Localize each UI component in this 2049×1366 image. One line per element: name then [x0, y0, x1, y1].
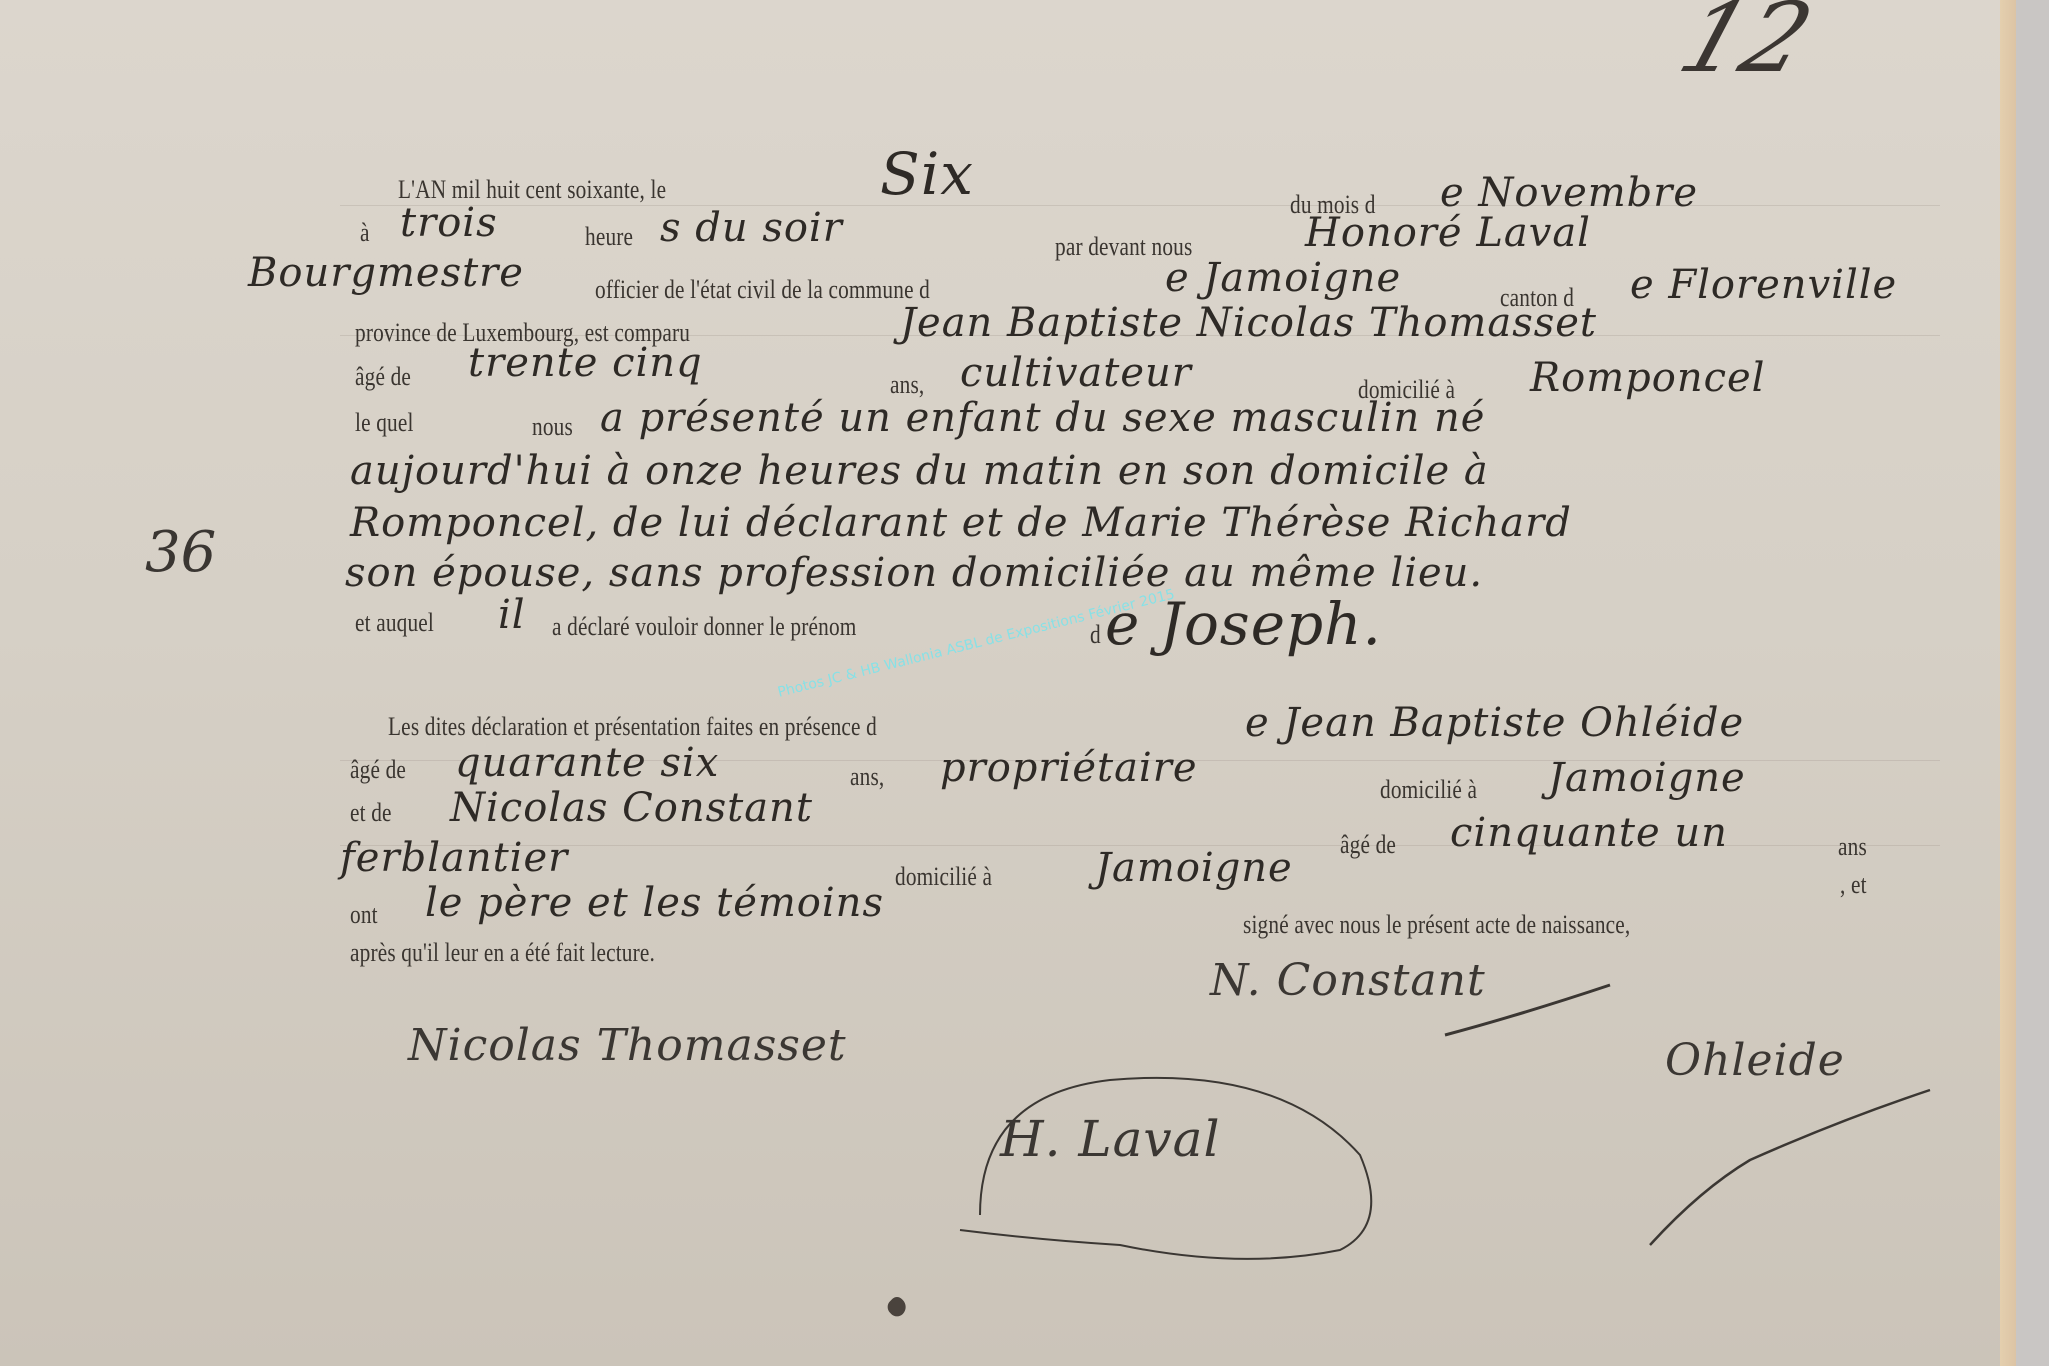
printed-et-de: et de: [350, 798, 392, 828]
folio-number: 12: [1667, 0, 1826, 94]
printed-age-de-2: âgé de: [350, 755, 406, 785]
hand-witness1-name: e Jean Baptiste Ohléide: [1245, 700, 1744, 746]
printed-a: à: [360, 218, 370, 248]
register-page: 12 36 L'AN mil huit cent soixante, le Si…: [0, 0, 2000, 1366]
printed-nous: nous: [532, 412, 573, 442]
hand-canton: e Florenville: [1630, 262, 1897, 308]
hand-title: Bourgmestre: [248, 250, 524, 296]
hand-witness2-residence: Jamoigne: [1095, 845, 1293, 891]
hand-witness1-age: quarante six: [455, 740, 719, 786]
printed-officier: officier de l'état civil de la commune d: [595, 275, 930, 305]
hand-commune: e Jamoigne: [1165, 255, 1401, 301]
printed-ans-3: ans: [1838, 832, 1867, 862]
signature-witness-ohleide: Ohleide: [1665, 1035, 1845, 1086]
hand-official-name: Honoré Laval: [1305, 210, 1591, 256]
paper-edge: [2000, 0, 2016, 1366]
hand-witness1-profession: propriétaire: [940, 745, 1198, 791]
printed-ans-2: ans,: [850, 762, 884, 792]
hand-day: Six: [880, 140, 974, 208]
hand-presentation: a présenté un enfant du sexe masculin né: [600, 395, 1485, 441]
signature-father: Nicolas Thomasset: [408, 1020, 847, 1071]
hand-father-age: trente cinq: [468, 340, 703, 386]
printed-et: , et: [1840, 870, 1867, 900]
printed-le-quel: le quel: [355, 408, 414, 438]
printed-domicilie-2: domicilié à: [1380, 775, 1477, 805]
underlying-page: [2016, 0, 2049, 1366]
flourish-ohleide: [1640, 1080, 1940, 1250]
entry-number: 36: [145, 520, 216, 585]
printed-prenom: a déclaré vouloir donner le prénom: [552, 612, 857, 642]
printed-declaration: Les dites déclaration et présentation fa…: [388, 712, 877, 742]
hand-witness1-residence: Jamoigne: [1548, 755, 1746, 801]
printed-domicilie-3: domicilié à: [895, 862, 992, 892]
printed-age-de-3: âgé de: [1340, 830, 1396, 860]
printed-heure: heure: [585, 222, 633, 252]
hand-birth-place: Romponcel, de lui déclarant et de Marie …: [350, 500, 1572, 546]
hand-il: il: [498, 592, 526, 638]
hand-father-name: Jean Baptiste Nicolas Thomasset: [900, 300, 1597, 346]
hand-du-soir: s du soir: [660, 205, 843, 251]
hand-signatories: le père et les témoins: [425, 880, 884, 926]
hand-father-residence: Romponcel: [1530, 355, 1765, 401]
hand-witness2-age: cinquante un: [1450, 810, 1728, 856]
printed-d: d: [1090, 620, 1101, 650]
hand-father-profession: cultivateur: [960, 350, 1192, 396]
hand-birth-time: aujourd'hui à onze heures du matin en so…: [350, 448, 1489, 494]
hand-witness2-profession: ferblantier: [340, 835, 568, 881]
hand-hour: trois: [400, 200, 498, 246]
printed-signe: signé avec nous le présent acte de naiss…: [1243, 910, 1630, 940]
officer-paraph-loop: [920, 1065, 1450, 1265]
printed-age-de: âgé de: [355, 362, 411, 392]
flourish-constant: [1440, 975, 1620, 1045]
printed-ont: ont: [350, 900, 378, 930]
printed-lecture: après qu'il leur en a été fait lecture.: [350, 938, 655, 968]
ink-blot: [884, 1294, 909, 1319]
printed-et-auquel: et auquel: [355, 608, 434, 638]
hand-witness2-name: Nicolas Constant: [450, 785, 813, 831]
